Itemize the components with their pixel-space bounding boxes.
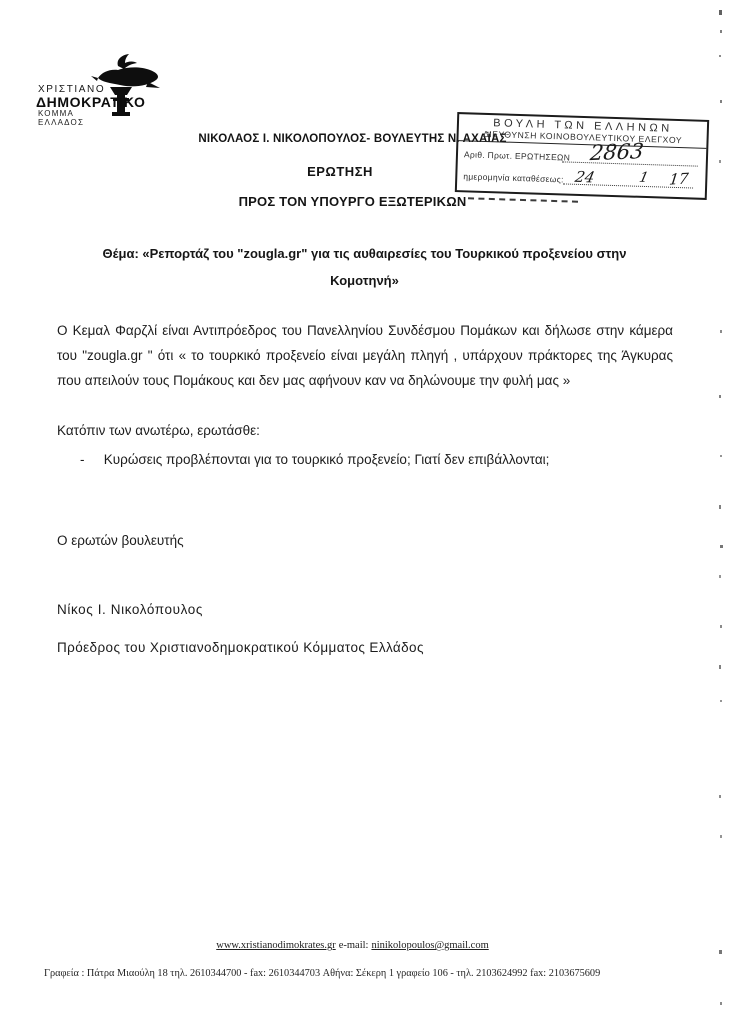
logo-text-line2: ΔΗΜΟΚΡΑΤΙΚΟ <box>36 94 145 110</box>
question-text: Κυρώσεις προβλέπονται για το τουρκικό πρ… <box>104 452 550 467</box>
scan-artifact <box>720 835 722 838</box>
email-label: e-mail: <box>339 940 369 951</box>
question-item: - Κυρώσεις προβλέπονται για το τουρκικό … <box>80 452 549 467</box>
website-link[interactable]: www.xristianodimokrates.gr <box>216 940 335 951</box>
logo-text-line3: ΚΟΜΜΑ ΕΛΛΑΔΟΣ <box>38 109 84 127</box>
body-paragraph: Ο Κεμαλ Φαρζλί είναι Αντιπρόεδρος του Πα… <box>57 318 673 393</box>
scan-artifact <box>719 395 721 398</box>
scan-artifact <box>720 455 722 457</box>
scan-artifact <box>719 55 721 57</box>
signature-name: Νίκος Ι. Νικολόπουλος <box>57 602 203 617</box>
scan-artifact <box>720 700 722 702</box>
scan-artifact <box>719 665 721 669</box>
scan-artifact <box>720 30 722 33</box>
recipient-heading: ΠΡΟΣ ΤΟΝ ΥΠΟΥΡΓΟ ΕΞΩΤΕΡΙΚΩΝ <box>0 194 705 209</box>
scan-artifact <box>719 10 722 15</box>
subject-line2: Κομοτηνή» <box>30 267 699 294</box>
subject-block: Θέμα: «Ρεπορτάζ του "zougla.gr" για τις … <box>30 240 699 294</box>
footer-address-line: Γραφεία : Πάτρα Μιαούλη 18 τηλ. 26103447… <box>44 968 692 979</box>
parliament-stamp: ΒΟΥΛΗ ΤΩΝ ΕΛΛΗΝΩΝ ΔΙΕΥΘΥΝΣΗ ΚΟΙΝΟΒΟΥΛΕΥΤ… <box>455 112 709 200</box>
scan-artifact <box>719 795 721 798</box>
scan-artifact <box>719 160 721 163</box>
stamp-protocol-number-handwritten: 2863 <box>589 139 645 165</box>
stamp-protocol-label: Αριθ. Πρωτ. ΕΡΩΤΗΣΕΩΝ <box>464 149 570 162</box>
scan-artifact <box>719 575 721 578</box>
bullet-dash: - <box>80 452 100 467</box>
scan-artifact <box>719 505 721 509</box>
subject-line1: Θέμα: «Ρεπορτάζ του "zougla.gr" για τις … <box>30 240 699 267</box>
scan-artifact <box>720 1002 722 1005</box>
scan-artifact <box>720 100 722 103</box>
scan-artifact <box>720 330 722 333</box>
email-link[interactable]: ninikolopoulos@gmail.com <box>371 940 488 951</box>
document-type-heading: ΕΡΩΤΗΣΗ <box>0 164 680 179</box>
signature-title: Πρόεδρος του Χριστιανοδημοκρατικού Κόμμα… <box>57 640 424 655</box>
scan-artifact <box>720 625 722 628</box>
footer-contact-line: www.xristianodimokrates.gre-mail:ninikol… <box>0 940 705 951</box>
signature-closing: Ο ερωτών βουλευτής <box>57 533 184 548</box>
question-prompt: Κατόπιν των ανωτέρω, ερωτάσθε: <box>57 423 260 438</box>
document-page: ΧΡΙΣΤΙΑΝΟ ΔΗΜΟΚΡΑΤΙΚΟ ΚΟΜΜΑ ΕΛΛΑΔΟΣ ΝΙΚΟ… <box>0 0 729 1024</box>
scan-artifact <box>720 545 723 548</box>
scan-artifact <box>719 950 722 954</box>
